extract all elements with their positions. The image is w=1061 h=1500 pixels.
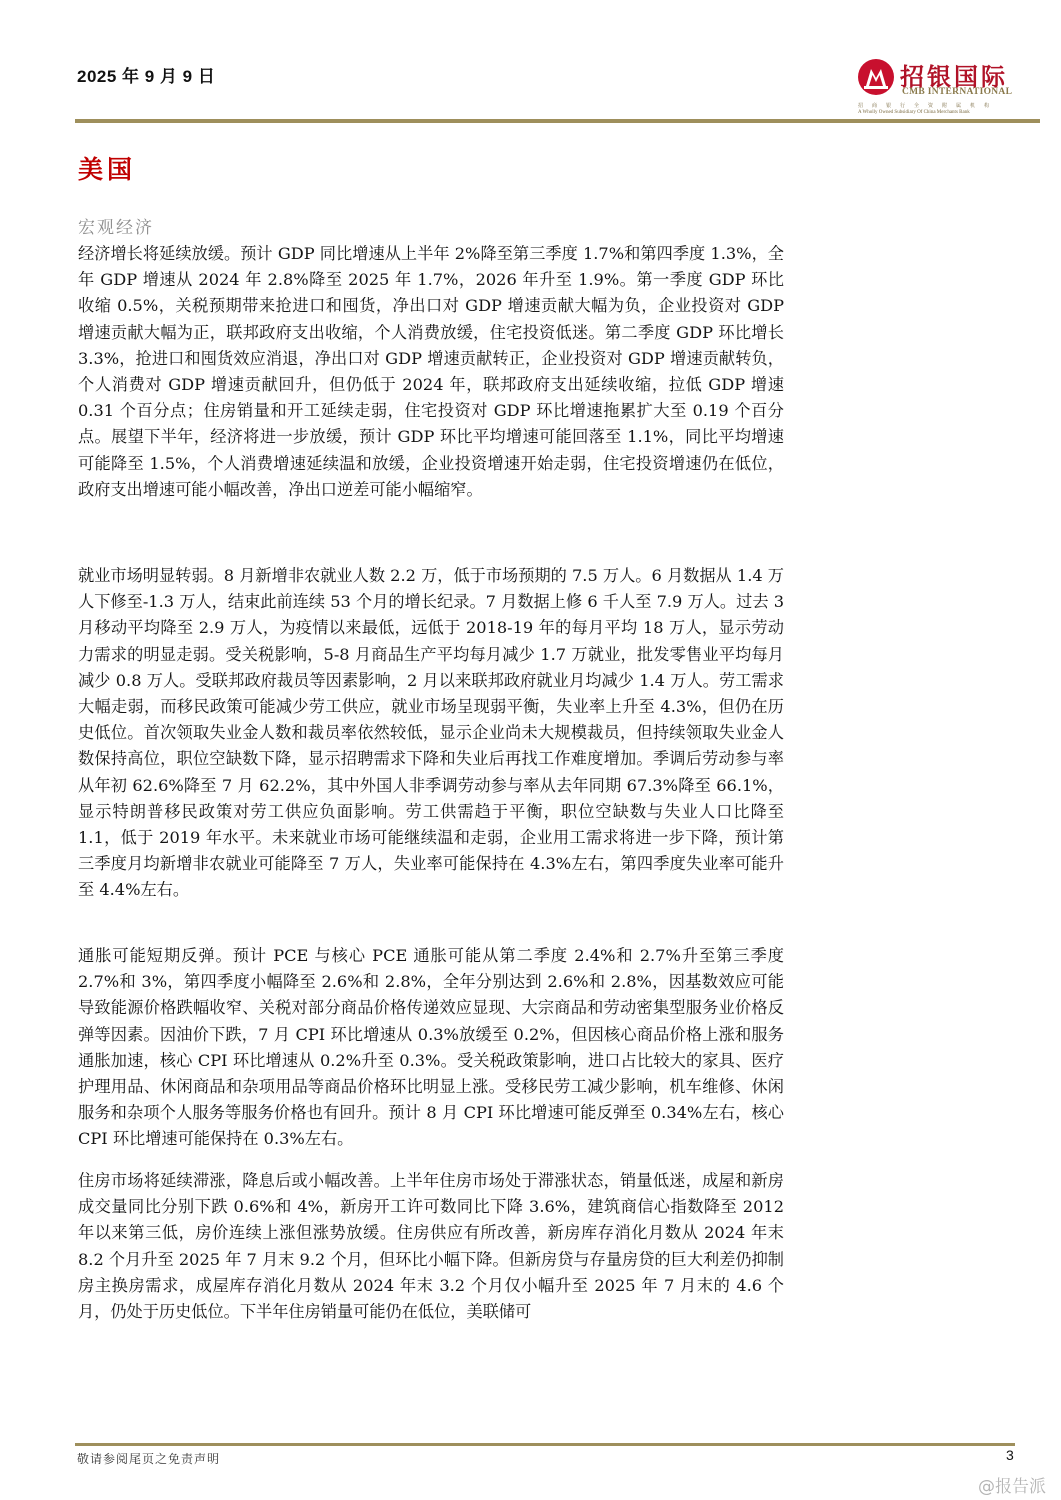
footer-disclaimer: 敬请参阅尾页之免责声明	[77, 1450, 220, 1467]
report-date: 2025 年 9 月 9 日	[77, 62, 215, 87]
logo-subtitle-cn: 招商银行全资附属机构	[858, 102, 998, 109]
watermark: @报告派	[978, 1472, 1046, 1497]
page-number: 3	[1006, 1447, 1014, 1463]
section-title: 美国	[78, 150, 136, 186]
paragraph-inflation: 通胀可能短期反弹。预计 PCE 与核心 PCE 通胀可能从第二季度 2.4%和 …	[78, 943, 784, 1153]
paragraph-gdp: 经济增长将延续放缓。预计 GDP 同比增速从上半年 2%降至第三季度 1.7%和…	[78, 241, 784, 503]
header-divider	[75, 119, 1040, 123]
paragraph-housing: 住房市场将延续滞涨，降息后或小幅改善。上半年住房市场处于滞涨状态，销量低迷，成屋…	[78, 1168, 784, 1325]
logo-subtitle-en: A Wholly Owned Subsidiary Of China Merch…	[858, 110, 970, 115]
logo-name-en: CMB INTERNATIONAL	[902, 87, 1012, 97]
subsection-title: 宏观经济	[78, 213, 154, 238]
footer-divider	[75, 1443, 1015, 1446]
cmb-logo-icon	[858, 59, 894, 95]
paragraph-employment: 就业市场明显转弱。8 月新增非农就业人数 2.2 万，低于市场预期的 7.5 万…	[78, 563, 784, 904]
